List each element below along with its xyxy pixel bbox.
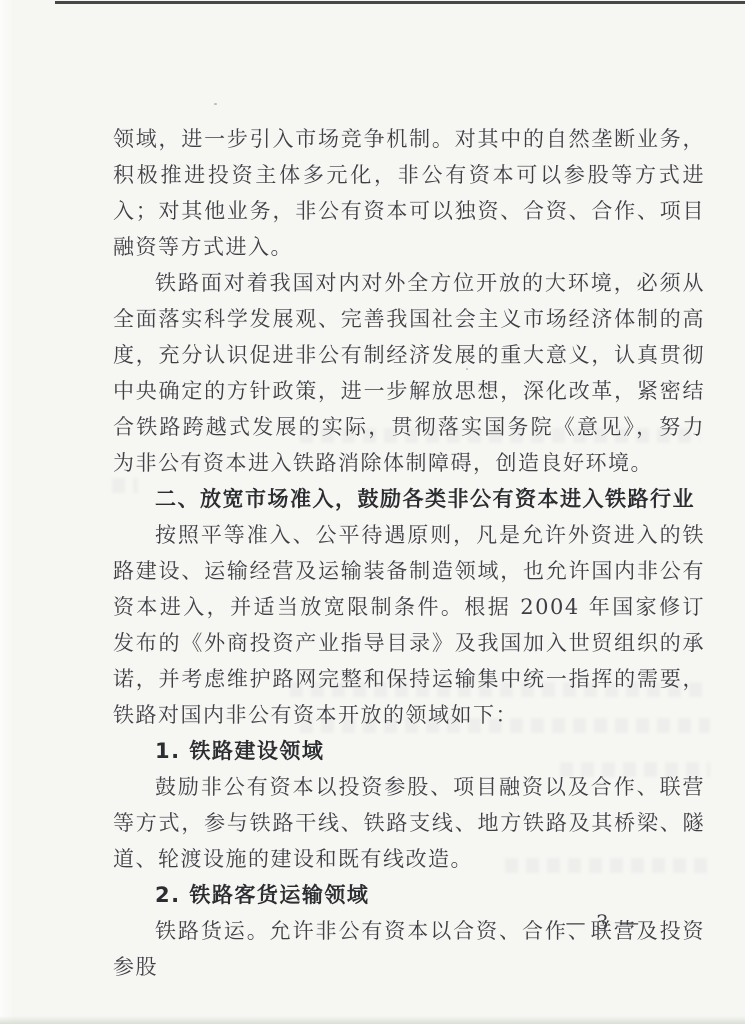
subsection-heading-2-transport: 2. 铁路客货运输领域 — [113, 877, 705, 913]
scanned-document-page: 领域，进一步引入市场竞争机制。对其中的自然垄断业务，积极推进投资主体多元化，非公… — [0, 0, 745, 1024]
scan-speck — [214, 103, 217, 105]
subsection-heading-1-construction: 1. 铁路建设领域 — [113, 733, 705, 769]
document-body: 领域，进一步引入市场竞争机制。对其中的自然垄断业务，积极推进投资主体多元化，非公… — [113, 121, 705, 985]
scan-edge-left-strip — [0, 0, 14, 1024]
scan-edge-bottom-band — [0, 1016, 745, 1024]
paragraph-railway-environment: 铁路面对着我国对内对外全方位开放的大环境，必须从全面落实科学发展观、完善我国社会… — [113, 265, 705, 481]
paragraph-market-competition: 领域，进一步引入市场竞争机制。对其中的自然垄断业务，积极推进投资主体多元化，非公… — [113, 121, 705, 265]
scan-edge-top-line — [55, 1, 745, 4]
paragraph-construction-detail: 鼓励非公有资本以投资参股、项目融资以及合作、联营等方式，参与铁路干线、铁路支线、… — [113, 769, 705, 877]
section-heading-2: 二、放宽市场准入，鼓励各类非公有资本进入铁路行业 — [113, 481, 705, 517]
page-number: — 3 — — [566, 910, 641, 934]
paragraph-equal-access: 按照平等准入、公平待遇原则，凡是允许外资进入的铁路建设、运输经营及运输装备制造领… — [113, 517, 705, 733]
